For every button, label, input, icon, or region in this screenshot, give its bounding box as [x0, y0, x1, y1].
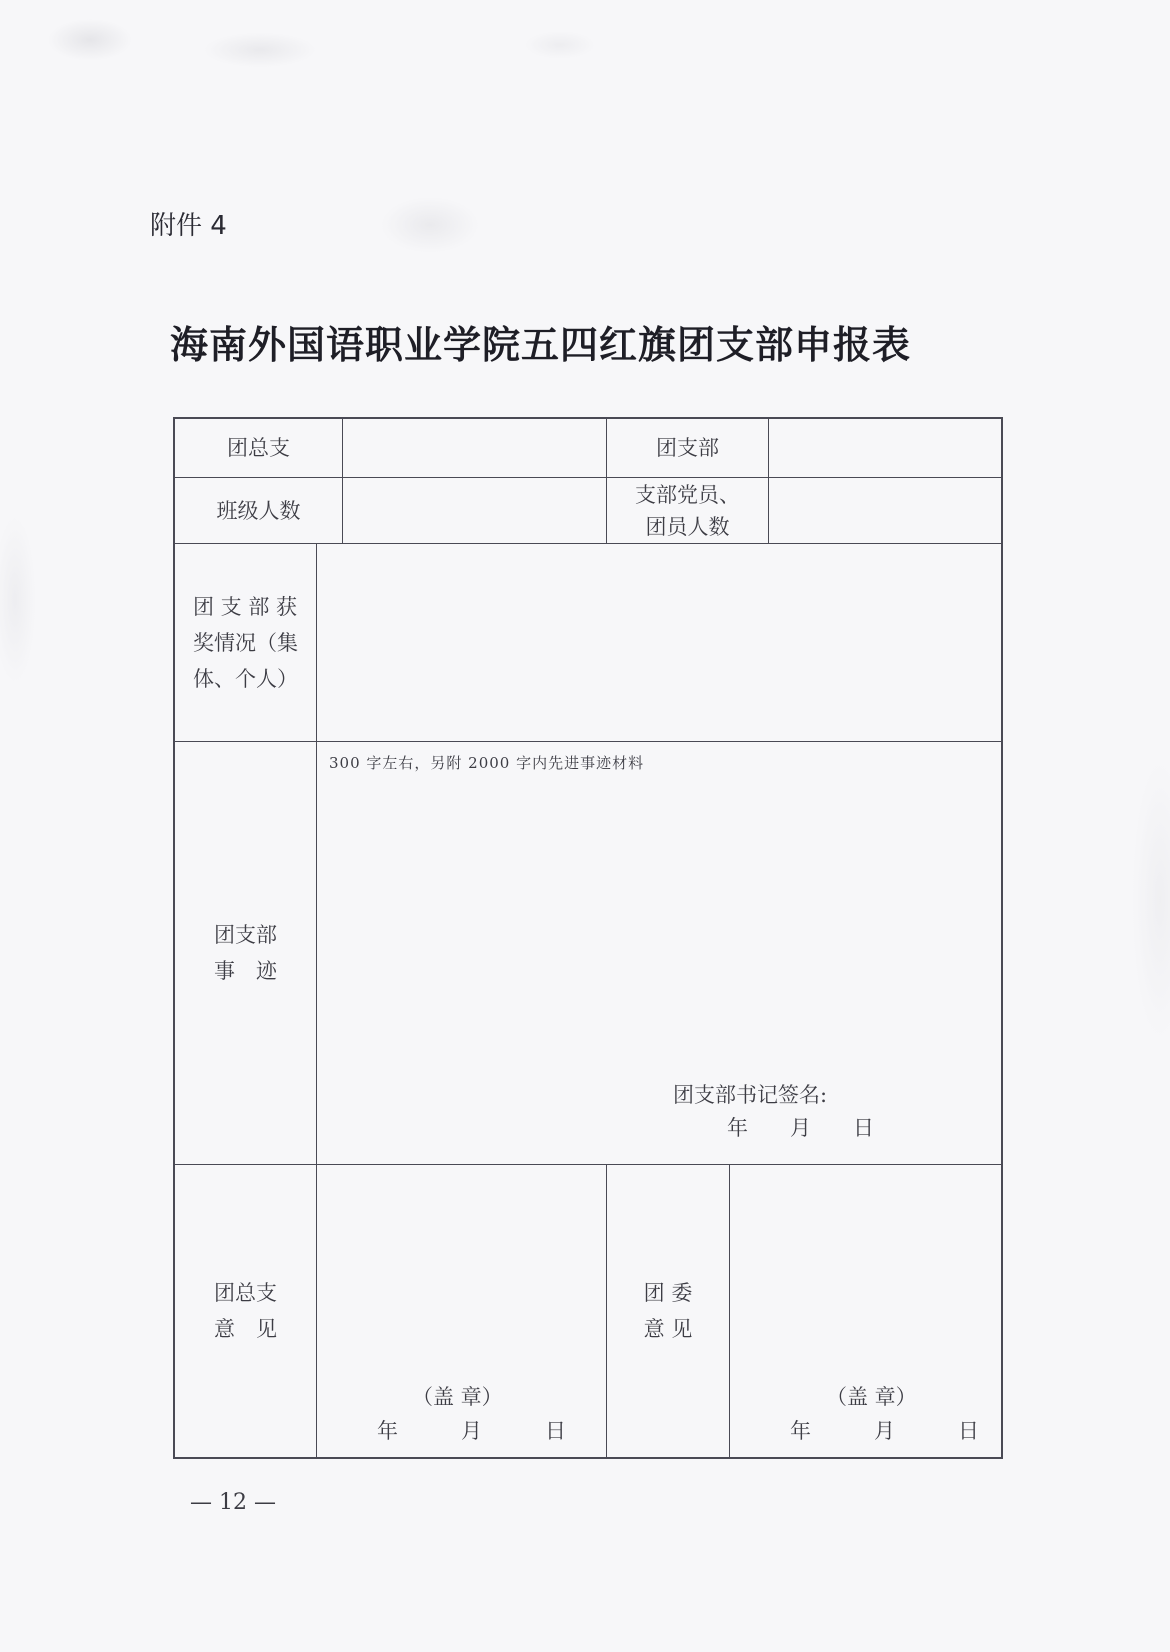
- application-form-table: 团总支 团支部 班级人数 支部党员、 团员人数 团 支 部 获 奖情况（集 体、…: [173, 417, 1003, 1459]
- label-achievements-line2: 事 迹: [214, 953, 277, 989]
- input-branch[interactable]: [768, 419, 1001, 477]
- label-members-line1: 支部党员、: [635, 479, 740, 511]
- label-awards-line1: 团 支 部 获: [193, 589, 298, 625]
- input-awards[interactable]: [316, 544, 1001, 741]
- document-title: 海南外国语职业学院五四红旗团支部申报表: [170, 314, 1020, 369]
- label-cell-achievements: 团支部 事 迹: [175, 742, 316, 1164]
- label-cell-general-branch-opinion: 团总支 意 见: [175, 1165, 316, 1457]
- label-awards-line3: 体、个人）: [193, 661, 298, 697]
- input-achievements[interactable]: 300 字左右，另附 2000 字内先进事迹材料 团支部书记签名: 年 月 日: [316, 742, 1001, 1164]
- label-cell-branch-general: 团总支: [175, 419, 342, 477]
- attachment-label: 附件 4: [150, 205, 227, 242]
- label-class-size: 班级人数: [217, 495, 301, 527]
- label-general-opinion-line2: 意 见: [214, 1311, 277, 1347]
- page-number: — 12 —: [190, 1490, 276, 1515]
- label-general-opinion-line1: 团总支: [214, 1275, 277, 1311]
- general-branch-stamp: （盖 章）: [412, 1381, 503, 1411]
- label-general-branch-opinion: 团总支 意 见: [214, 1275, 277, 1347]
- label-achievements: 团支部 事 迹: [214, 917, 277, 989]
- secretary-signature-label: 团支部书记签名:: [673, 1079, 827, 1109]
- label-cell-league-committee-opinion: 团 委 意 见: [606, 1165, 729, 1457]
- input-branch-general[interactable]: [342, 419, 606, 477]
- row-awards: 团 支 部 获 奖情况（集 体、个人）: [175, 543, 1001, 741]
- league-committee-date: 年 月 日: [790, 1415, 979, 1445]
- row-achievements: 团支部 事 迹 300 字左右，另附 2000 字内先进事迹材料 团支部书记签名…: [175, 741, 1001, 1164]
- input-members[interactable]: [768, 478, 1001, 543]
- input-class-size[interactable]: [342, 478, 606, 543]
- label-awards: 团 支 部 获 奖情况（集 体、个人）: [193, 589, 298, 697]
- label-cell-class-size: 班级人数: [175, 478, 342, 543]
- label-achievements-line1: 团支部: [214, 917, 277, 953]
- row-counts: 班级人数 支部党员、 团员人数: [175, 477, 1001, 543]
- input-general-branch-opinion[interactable]: （盖 章） 年 月 日: [316, 1165, 606, 1457]
- label-members-line2: 团员人数: [646, 511, 730, 543]
- label-awards-line2: 奖情况（集: [193, 625, 298, 661]
- row-opinions: 团总支 意 见 （盖 章） 年 月 日 团 委 意 见 （盖 章） 年 月 日: [175, 1164, 1001, 1457]
- general-branch-date: 年 月 日: [377, 1415, 566, 1445]
- label-branch-general: 团总支: [227, 432, 290, 464]
- label-cell-branch: 团支部: [606, 419, 768, 477]
- secretary-signature-date: 年 月 日: [727, 1112, 874, 1142]
- league-committee-stamp: （盖 章）: [826, 1381, 917, 1411]
- label-committee-opinion-line2: 意 见: [644, 1311, 693, 1347]
- label-branch: 团支部: [656, 432, 719, 464]
- label-cell-members: 支部党员、 团员人数: [606, 478, 768, 543]
- label-cell-awards: 团 支 部 获 奖情况（集 体、个人）: [175, 544, 316, 741]
- achievements-hint: 300 字左右，另附 2000 字内先进事迹材料: [329, 752, 644, 773]
- row-branch-names: 团总支 团支部: [175, 419, 1001, 477]
- label-league-committee-opinion: 团 委 意 见: [644, 1275, 693, 1347]
- label-committee-opinion-line1: 团 委: [644, 1275, 693, 1311]
- input-league-committee-opinion[interactable]: （盖 章） 年 月 日: [729, 1165, 1001, 1457]
